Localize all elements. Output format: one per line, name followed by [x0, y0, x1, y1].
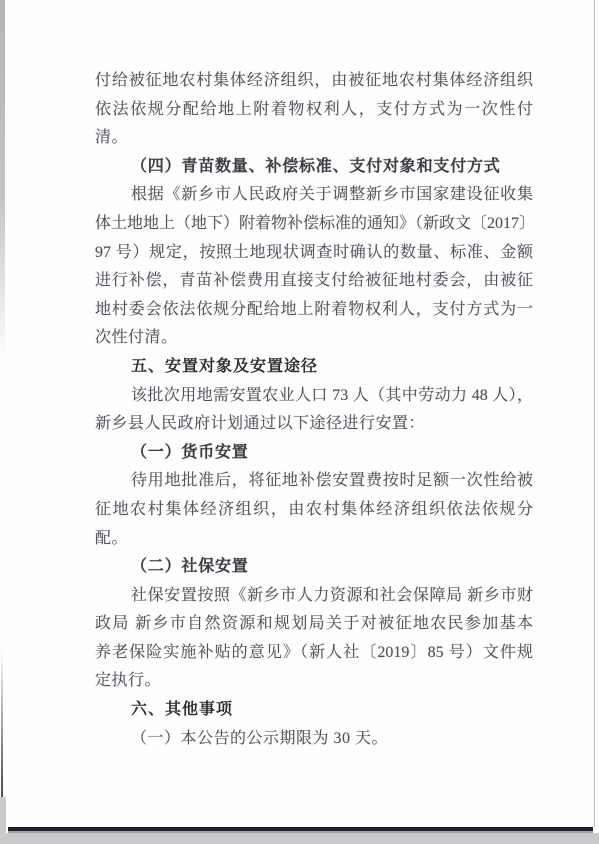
scan-right-edge-line	[594, 0, 595, 827]
body-line: 配。	[95, 525, 533, 554]
body-line: 政局 新乡市自然资源和规划局关于对被征地农民参加基本	[95, 610, 533, 639]
sub-heading: （四）青苗数量、补偿标准、支付对象和支付方式	[95, 153, 533, 182]
body-line: 付给被征地农村集体经济组织，由被征地农村集体经济组织	[95, 67, 533, 96]
body-line: 地村委会依法依规分配给地上附着物权利人，支付方式为一	[95, 296, 533, 325]
background-below-page	[0, 833, 599, 844]
body-line: 体土地地上（地下）附着物补偿标准的通知》（新政文〔2017〕	[95, 210, 533, 239]
document-paper: 付给被征地农村集体经济组织，由被征地农村集体经济组织 依法依规分配给地上附着物权…	[0, 0, 599, 833]
scan-left-edge-shadow	[0, 0, 5, 360]
body-line: 待用地批准后，将征地补偿安置费按时足额一次性给被	[95, 467, 533, 496]
background-left-corner	[0, 797, 6, 844]
body-line: 进行补偿，青苗补偿费用直接支付给被征地村委会，由被征	[95, 267, 533, 296]
body-line: 新乡县人民政府计划通过以下途径进行安置：	[95, 410, 533, 439]
sub-heading: （二）社保安置	[95, 553, 533, 582]
body-line: 根据《新乡市人民政府关于调整新乡市国家建设征收集	[95, 181, 533, 210]
section-heading: 六、其他事项	[95, 696, 533, 725]
section-heading: 五、安置对象及安置途径	[95, 353, 533, 382]
body-line: 养老保险实施补贴的意见》（新人社〔2019〕85 号）文件规	[95, 639, 533, 668]
sub-heading: （一）货币安置	[95, 439, 533, 468]
body-line: 定执行。	[95, 667, 533, 696]
body-line: 依法依规分配给地上附着物权利人，支付方式为一次性付	[95, 96, 533, 125]
body-line: 清。	[95, 124, 533, 153]
body-line: 次性付清。	[95, 324, 533, 353]
body-line: （一）本公告的公示期限为 30 天。	[95, 725, 533, 754]
body-line: 该批次用地需安置农业人口 73 人（其中劳动力 48 人），	[95, 382, 533, 411]
body-line: 社保安置按照《新乡市人力资源和社会保障局 新乡市财	[95, 582, 533, 611]
document-text-block: 付给被征地农村集体经济组织，由被征地农村集体经济组织 依法依规分配给地上附着物权…	[95, 67, 533, 753]
body-line: 征地农村集体经济组织，由农村集体经济组织依法依规分	[95, 496, 533, 525]
body-line: 97 号）规定，按照土地现状调查时确认的数量、标准、金额	[95, 239, 533, 268]
